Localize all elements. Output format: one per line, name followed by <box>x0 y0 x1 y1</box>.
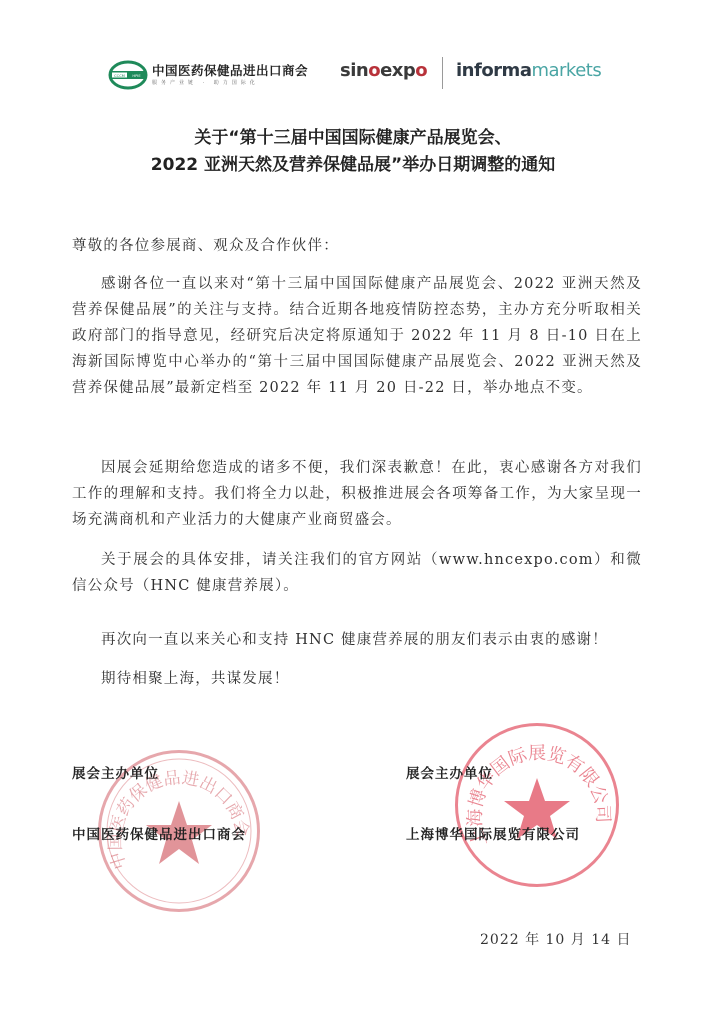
cccmhpie-logo-icon: CCCM HPIE <box>108 60 148 90</box>
sinoexpo-text-a: sin <box>340 60 368 81</box>
paragraph-closing: 期待相聚上海，共谋发展！ <box>72 666 642 692</box>
org-name: 中国医药保健品进出口商会 <box>152 61 308 79</box>
paragraph-thanks: 再次向一直以来关心和支持 HNC 健康营养展的朋友们表示由衷的感谢！ <box>72 627 642 653</box>
sinoexpo-logo: sinoexpo <box>340 60 427 81</box>
title-line-2: 2022 亚洲天然及营养保健品展”举办日期调整的通知 <box>0 152 706 179</box>
paragraph-postponement: 感谢各位一直以来对“第十三届中国国际健康产品展览会、2022 亚洲天然及营养保健… <box>72 271 642 401</box>
informa-text: informa <box>456 60 531 81</box>
informa-markets-logo: informamarkets <box>456 60 601 81</box>
salutation: 尊敬的各位参展商、观众及合作伙伴： <box>72 233 642 259</box>
org-slogan: 服务产业链 · 助力国际化 <box>152 79 259 86</box>
paragraph-website: 关于展会的具体安排，请关注我们的官方网站（www.hncexpo.com）和微信… <box>72 547 642 599</box>
sinoexpo-text-o1: o <box>368 60 380 81</box>
svg-text:HPIE: HPIE <box>132 74 141 78</box>
right-signature-label: 展会主办单位 <box>406 762 493 782</box>
notice-title: 关于“第十三届中国国际健康产品展览会、 2022 亚洲天然及营养保健品展”举办日… <box>0 125 706 179</box>
left-organizer-name: 中国医药保健品进出口商会 <box>72 823 246 843</box>
right-organizer-name: 上海博华国际展览有限公司 <box>406 823 580 843</box>
left-signature-label: 展会主办单位 <box>72 762 159 782</box>
paragraph-apology: 因展会延期给您造成的诸多不便，我们深表歉意！在此，衷心感谢各方对我们工作的理解和… <box>72 455 642 533</box>
title-line-1: 关于“第十三届中国国际健康产品展览会、 <box>0 125 706 152</box>
svg-text:CCCM: CCCM <box>114 74 125 78</box>
logo-divider <box>442 57 443 89</box>
seal-star-icon: 上海博华国际展览有限公司 <box>458 726 616 884</box>
right-official-seal: 上海博华国际展览有限公司 <box>455 723 619 887</box>
sinoexpo-text-c: exp <box>380 60 415 81</box>
letterhead: CCCM HPIE 中国医药保健品进出口商会 服务产业链 · 助力国际化 sin… <box>100 55 620 95</box>
issue-date: 2022 年 10 月 14 日 <box>480 929 632 949</box>
markets-text: markets <box>531 60 601 81</box>
sinoexpo-text-o2: o <box>415 60 427 81</box>
